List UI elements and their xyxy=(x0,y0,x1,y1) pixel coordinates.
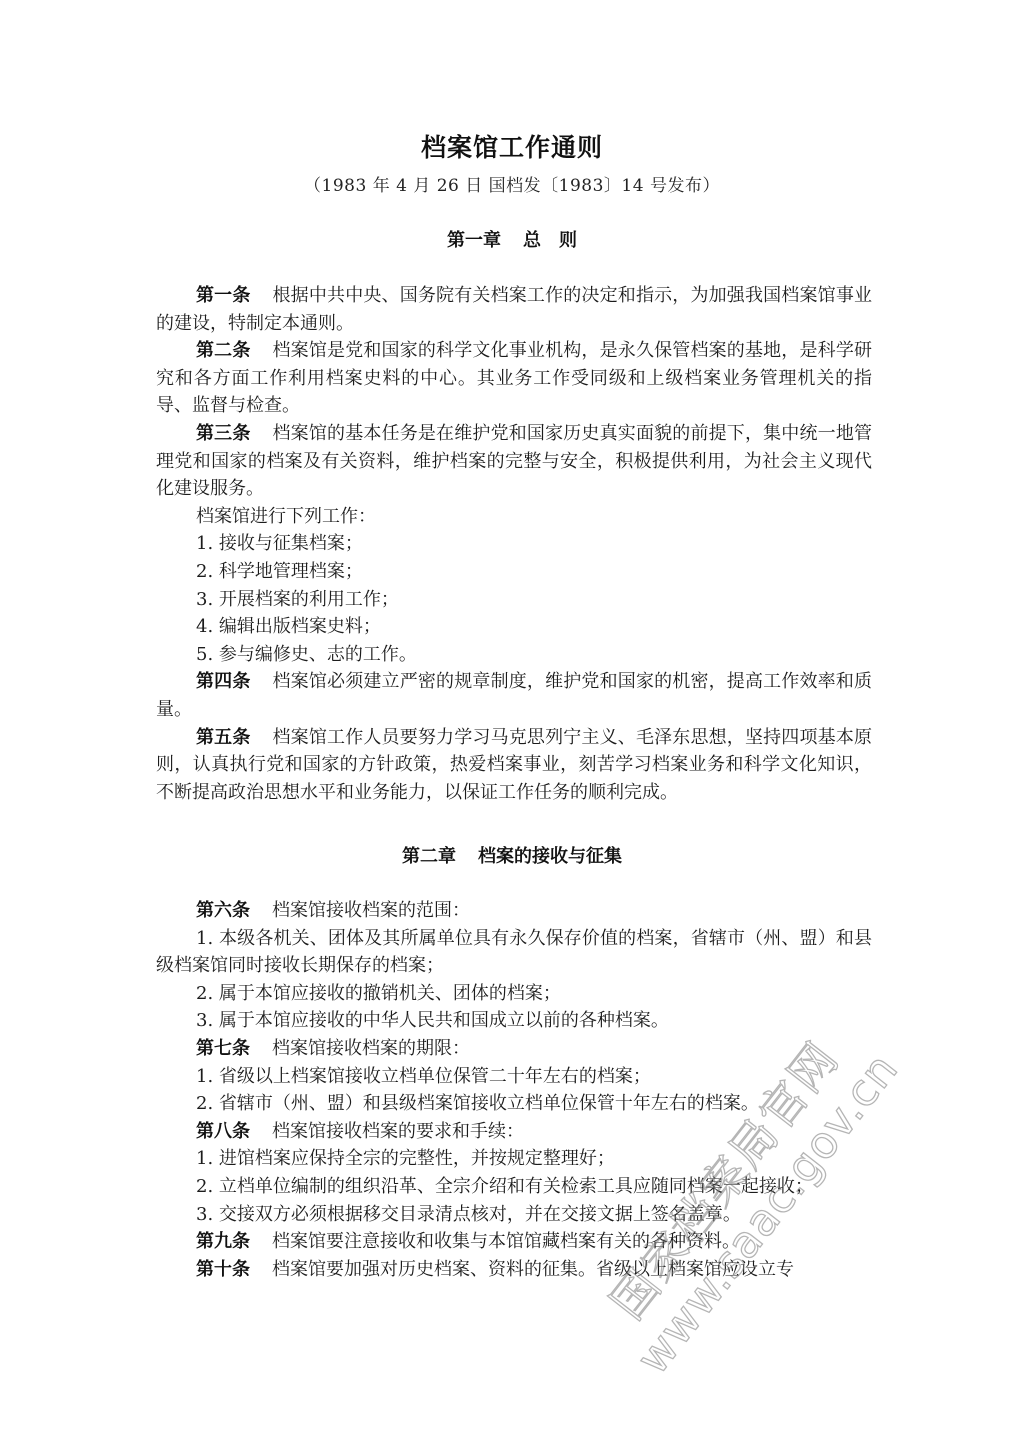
document-page: 档案馆工作通则 （1983 年 4 月 26 日 国档发〔1983〕14 号发布… xyxy=(0,0,1024,1443)
list-item: 3. 交接双方必须根据移交目录清点核对，并在交接文据上签名盖章。 xyxy=(156,1201,872,1229)
list-item: 3. 开展档案的利用工作； xyxy=(156,586,872,614)
list-item: 4. 编辑出版档案史料； xyxy=(156,613,872,641)
chapter-2-heading: 第二章档案的接收与征集 xyxy=(0,843,1024,871)
chapter-name: 总 则 xyxy=(523,230,577,251)
document-subtitle: （1983 年 4 月 26 日 国档发〔1983〕14 号发布） xyxy=(0,172,1024,200)
article-1: 第一条根据中共中央、国务院有关档案工作的决定和指示，为加强我国档案馆事业的建设，… xyxy=(156,282,872,337)
article-label: 第六条 xyxy=(196,900,250,921)
article-text: 档案馆必须建立严密的规章制度，维护党和国家的机密，提高工作效率和质量。 xyxy=(156,671,872,720)
article-label: 第八条 xyxy=(196,1121,250,1142)
article-label: 第七条 xyxy=(196,1038,250,1059)
article-4: 第四条档案馆必须建立严密的规章制度，维护党和国家的机密，提高工作效率和质量。 xyxy=(156,668,872,723)
article-label: 第三条 xyxy=(196,423,251,444)
article-3-intro: 档案馆进行下列工作： xyxy=(156,503,872,531)
article-3: 第三条档案馆的基本任务是在维护党和国家历史真实面貌的前提下，集中统一地管理党和国… xyxy=(156,420,872,503)
chapter-2-body: 第六条档案馆接收档案的范围： 1. 本级各机关、团体及其所属单位具有永久保存价值… xyxy=(156,897,872,1283)
list-item: 3. 属于本馆应接收的中华人民共和国成立以前的各种档案。 xyxy=(156,1007,872,1035)
article-label: 第九条 xyxy=(196,1231,250,1252)
list-item: 1. 进馆档案应保持全宗的完整性，并按规定整理好； xyxy=(156,1145,872,1173)
article-text: 档案馆接收档案的范围： xyxy=(272,900,470,921)
article-5: 第五条档案馆工作人员要努力学习马克思列宁主义、毛泽东思想，坚持四项基本原则，认真… xyxy=(156,724,872,807)
chapter-1-heading: 第一章总 则 xyxy=(0,227,1024,255)
chapter-number: 第二章 xyxy=(402,846,456,867)
article-9: 第九条档案馆要注意接收和收集与本馆馆藏档案有关的各种资料。 xyxy=(156,1228,872,1256)
list-item: 5. 参与编修史、志的工作。 xyxy=(156,641,872,669)
article-text: 档案馆是党和国家的科学文化事业机构，是永久保管档案的基地，是科学研究和各方面工作… xyxy=(156,340,872,416)
chapter-1-body: 第一条根据中共中央、国务院有关档案工作的决定和指示，为加强我国档案馆事业的建设，… xyxy=(156,282,872,806)
article-text: 档案馆工作人员要努力学习马克思列宁主义、毛泽东思想，坚持四项基本原则，认真执行党… xyxy=(156,727,872,803)
list-item: 1. 接收与征集档案； xyxy=(156,530,872,558)
article-text: 根据中共中央、国务院有关档案工作的决定和指示，为加强我国档案馆事业的建设，特制定… xyxy=(156,285,872,334)
article-6: 第六条档案馆接收档案的范围： xyxy=(156,897,872,925)
chapter-number: 第一章 xyxy=(447,230,501,251)
list-item: 2. 省辖市（州、盟）和县级档案馆接收立档单位保管十年左右的档案。 xyxy=(156,1090,872,1118)
article-label: 第一条 xyxy=(196,285,251,306)
list-item: 2. 立档单位编制的组织沿革、全宗介绍和有关检索工具应随同档案一起接收； xyxy=(156,1173,872,1201)
list-item: 1. 本级各机关、团体及其所属单位具有永久保存价值的档案，省辖市（州、盟）和县级… xyxy=(156,925,872,980)
article-10: 第十条档案馆要加强对历史档案、资料的征集。省级以上档案馆应设立专 xyxy=(156,1256,872,1284)
chapter-name: 档案的接收与征集 xyxy=(478,846,622,867)
list-item: 1. 省级以上档案馆接收立档单位保管二十年左右的档案； xyxy=(156,1063,872,1091)
article-8: 第八条档案馆接收档案的要求和手续： xyxy=(156,1118,872,1146)
article-text: 档案馆接收档案的要求和手续： xyxy=(272,1121,524,1142)
article-text: 档案馆接收档案的期限： xyxy=(272,1038,470,1059)
article-text: 档案馆要加强对历史档案、资料的征集。省级以上档案馆应设立专 xyxy=(272,1259,794,1280)
list-item: 2. 科学地管理档案； xyxy=(156,558,872,586)
article-text: 档案馆要注意接收和收集与本馆馆藏档案有关的各种资料。 xyxy=(272,1231,740,1252)
article-label: 第四条 xyxy=(196,671,251,692)
article-label: 第二条 xyxy=(196,340,251,361)
article-label: 第十条 xyxy=(196,1259,250,1280)
article-2: 第二条档案馆是党和国家的科学文化事业机构，是永久保管档案的基地，是科学研究和各方… xyxy=(156,337,872,420)
article-7: 第七条档案馆接收档案的期限： xyxy=(156,1035,872,1063)
document-title: 档案馆工作通则 xyxy=(0,131,1024,165)
article-text: 档案馆的基本任务是在维护党和国家历史真实面貌的前提下，集中统一地管理党和国家的档… xyxy=(156,423,872,499)
article-label: 第五条 xyxy=(196,727,251,748)
list-item: 2. 属于本馆应接收的撤销机关、团体的档案； xyxy=(156,980,872,1008)
